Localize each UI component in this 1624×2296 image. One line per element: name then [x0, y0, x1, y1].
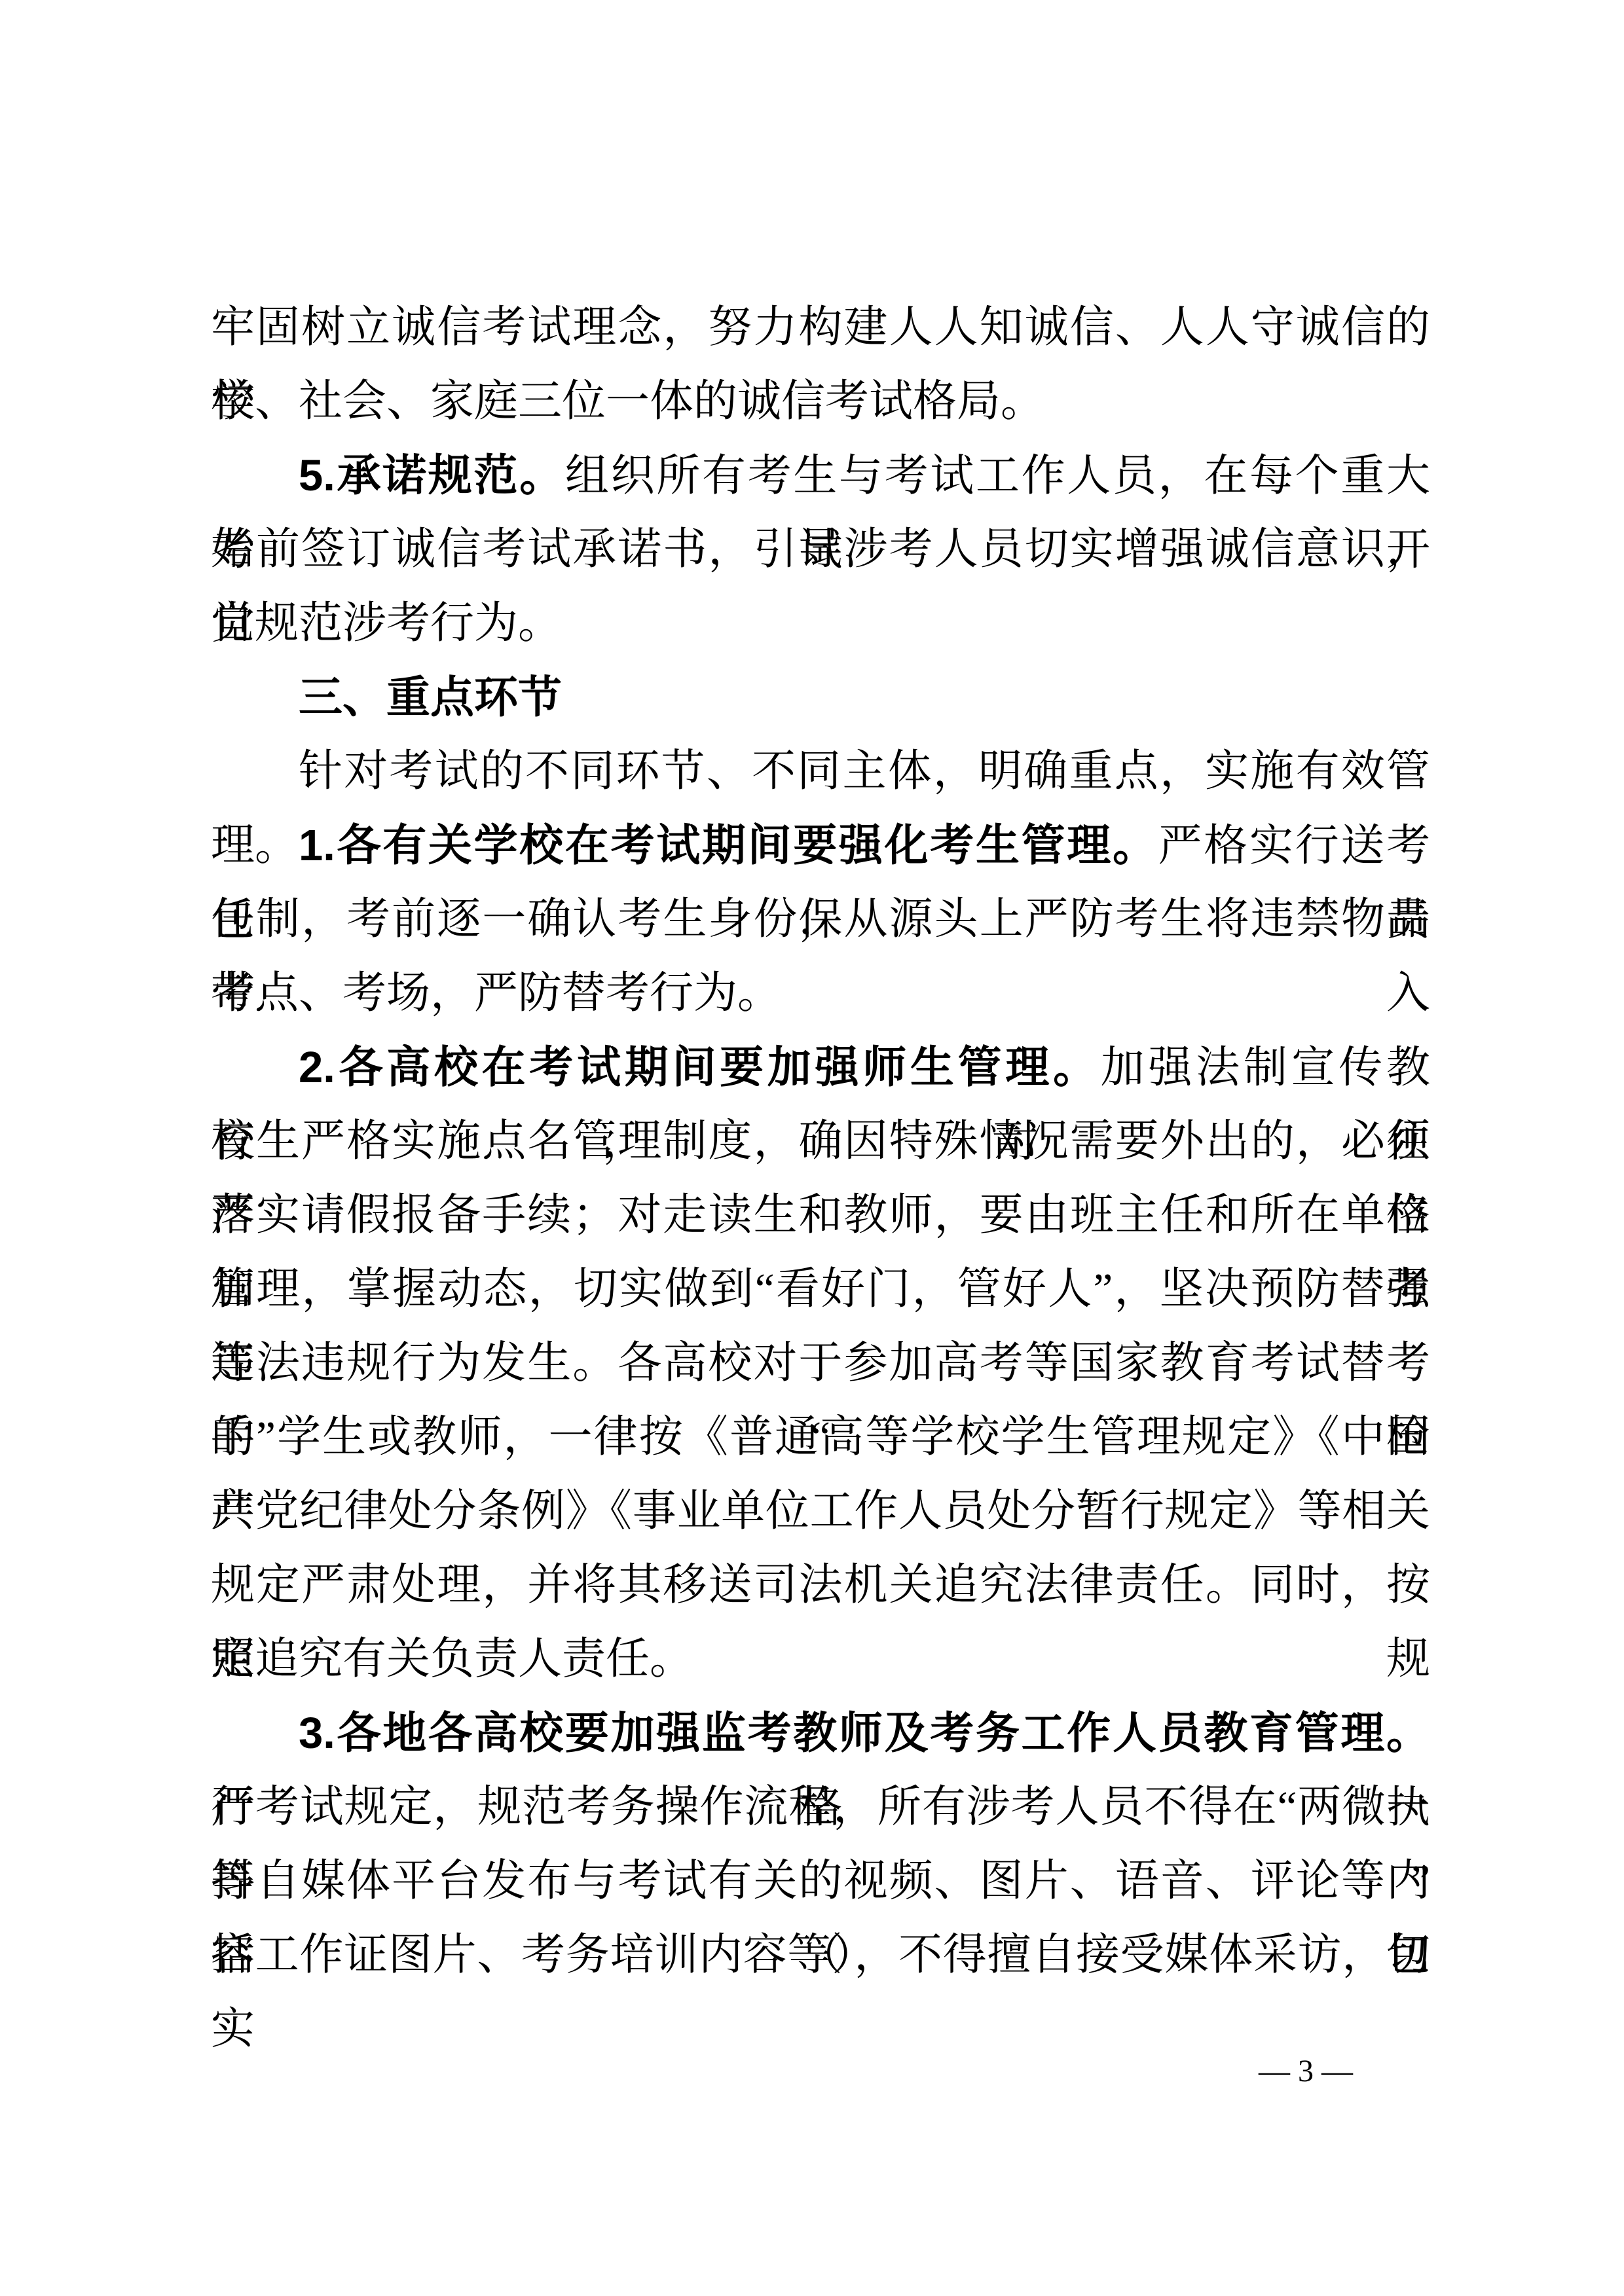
- text-segment: 定追究有关负责人责任。: [211, 1635, 693, 1683]
- document-line: 2.各高校在考试期间要加强师生管理。加强法制宣传教育，对住: [211, 1030, 1430, 1104]
- document-line: 产党纪律处分条例》《事业单位工作人员处分暂行规定》等相关: [211, 1474, 1430, 1548]
- document-line: 校、社会、家庭三位一体的诚信考试格局。: [211, 365, 1430, 439]
- bold-text-segment: 1.各有关学校在考试期间要强化考生管理。: [299, 821, 1158, 870]
- text-segment: 校、社会、家庭三位一体的诚信考试格局。: [211, 377, 1044, 426]
- text-segment: 考点、考场，严防替考行为。: [211, 969, 781, 1017]
- document-line: 落实请假报备手续；对走读生和教师，要由班主任和所在单位加强: [211, 1178, 1430, 1252]
- document-line: 3.各地各高校要加强监考教师及考务工作人员教育管理。严格执: [211, 1696, 1430, 1770]
- document-line: 针对考试的不同环节、不同主体，明确重点，实施有效管理。: [211, 735, 1430, 809]
- text-segment: 觉规范涉考行为。: [211, 599, 562, 647]
- document-line: 1.各有关学校在考试期间要强化考生管理。严格实行送考包保责: [211, 809, 1430, 883]
- section-heading: 三、重点环节: [211, 661, 1430, 735]
- document-line: 觉规范涉考行为。: [211, 587, 1430, 661]
- text-segment: 产党纪律处分条例》《事业单位工作人员处分暂行规定》等相关: [211, 1487, 1430, 1535]
- document-line: 牢固树立诚信考试理念，努力构建人人知诚信、人人守诚信的学: [211, 291, 1430, 365]
- document-line: 违法违规行为发生。各高校对于参加高考等国家教育考试替考的“枪: [211, 1326, 1430, 1400]
- bold-text-segment: 5.承诺规范。: [299, 451, 565, 500]
- document-line: 括工作证图片、考务培训内容等），不得擅自接受媒体采访，切实: [211, 1918, 1430, 1992]
- bold-text-segment: 三、重点环节: [299, 673, 562, 722]
- document-line: 校生严格实施点名管理制度，确因特殊情况需要外出的，必须严格: [211, 1104, 1430, 1178]
- bold-text-segment: 2.各高校在考试期间要加强师生管理。: [299, 1043, 1101, 1092]
- document-line: 等自媒体平台发布与考试有关的视频、图片、语音、评论等内容（包: [211, 1844, 1430, 1918]
- document-line: 规定严肃处理，并将其移送司法机关追究法律责任。同时，按照规: [211, 1548, 1430, 1622]
- document-line: 管理，掌握动态，切实做到“看好门，管好人”，坚决预防替考等: [211, 1252, 1430, 1326]
- document-body: 牢固树立诚信考试理念，努力构建人人知诚信、人人守诚信的学校、社会、家庭三位一体的…: [211, 291, 1430, 1992]
- bold-text-segment: 3.各地各高校要加强监考教师及考务工作人员教育管理。: [299, 1709, 1430, 1758]
- document-line: 始前签订诚信考试承诺书，引导涉考人员切实增强诚信意识，自: [211, 513, 1430, 587]
- document-line: 手”学生或教师，一律按《普通高等学校学生管理规定》《中国共: [211, 1400, 1430, 1474]
- document-line: 5.承诺规范。组织所有考生与考试工作人员，在每个重大考试开: [211, 439, 1430, 513]
- document-page: 牢固树立诚信考试理念，努力构建人人知诚信、人人守诚信的学校、社会、家庭三位一体的…: [0, 0, 1624, 2296]
- page-number: — 3 —: [1236, 2053, 1375, 2090]
- document-line: 任制，考前逐一确认考生身份，从源头上严防考生将违禁物品带入: [211, 883, 1430, 957]
- document-line: 行考试规定，规范考务操作流程，所有涉考人员不得在“两微一抖”: [211, 1770, 1430, 1844]
- text-segment: 括工作证图片、考务培训内容等），不得擅自接受媒体采访，切实: [211, 1931, 1430, 2053]
